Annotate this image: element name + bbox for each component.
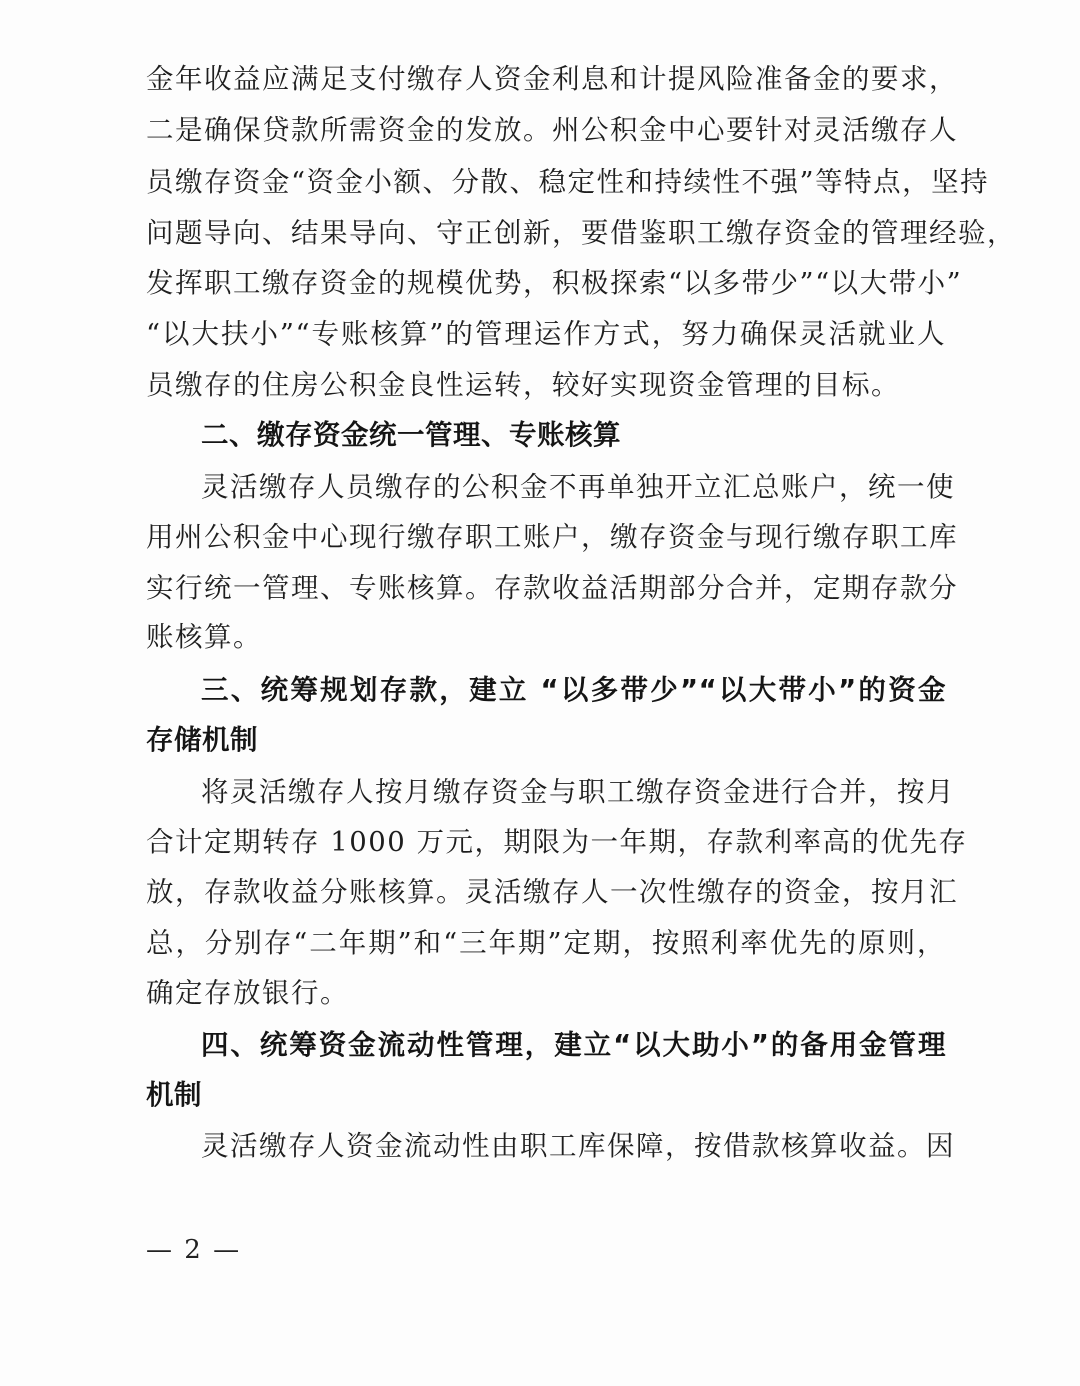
body-text-line: 问题导向、结果导向、守正创新，要借鉴职工缴存资金的管理经验，	[146, 208, 946, 258]
section-heading-3: 三、统筹规划存款，建立 “以多带少”“以大带小”的资金	[201, 665, 946, 715]
body-text-line: 员缴存资金“资金小额、分散、稳定性和持续性不强”等特点，坚持	[146, 157, 946, 207]
section-heading-4: 四、统筹资金流动性管理，建立“以大助小”的备用金管理	[201, 1020, 946, 1070]
section-heading-2: 二、缴存资金统一管理、专账核算	[201, 410, 946, 460]
page-number: — 2 —	[146, 1230, 241, 1270]
section-heading-3-cont: 存储机制	[146, 715, 946, 765]
body-text-line: 实行统一管理、专账核算。存款收益活期部分合并，定期存款分	[146, 563, 946, 613]
body-text-line: 发挥职工缴存资金的规模优势，积极探索“以多带少”“以大带小”	[146, 258, 946, 308]
body-text-line: 灵活缴存人员缴存的公积金不再单独开立汇总账户，统一使	[201, 462, 946, 512]
body-text-line: 员缴存的住房公积金良性运转，较好实现资金管理的目标。	[146, 360, 946, 410]
body-text-line: 二是确保贷款所需资金的发放。州公积金中心要针对灵活缴存人	[146, 105, 946, 155]
body-text-line: “以大扶小”“专账核算”的管理运作方式，努力确保灵活就业人	[146, 309, 946, 359]
body-text-line: 金年收益应满足支付缴存人资金利息和计提风险准备金的要求，	[146, 54, 946, 104]
body-text-line: 确定存放银行。	[146, 968, 946, 1018]
body-text-line: 用州公积金中心现行缴存职工账户，缴存资金与现行缴存职工库	[146, 512, 946, 562]
body-text-line: 灵活缴存人资金流动性由职工库保障，按借款核算收益。因	[201, 1121, 946, 1171]
body-text-line: 账核算。	[146, 612, 946, 662]
section-heading-4-cont: 机制	[146, 1070, 946, 1120]
body-text-line: 合计定期转存 1000 万元，期限为一年期，存款利率高的优先存	[146, 817, 946, 867]
document-page: 金年收益应满足支付缴存人资金利息和计提风险准备金的要求， 二是确保贷款所需资金的…	[0, 0, 1080, 1386]
body-text-line: 总，分别存“二年期”和“三年期”定期，按照利率优先的原则，	[146, 918, 946, 968]
body-text-line: 放，存款收益分账核算。灵活缴存人一次性缴存的资金，按月汇	[146, 867, 946, 917]
body-text-line: 将灵活缴存人按月缴存资金与职工缴存资金进行合并，按月	[201, 767, 946, 817]
